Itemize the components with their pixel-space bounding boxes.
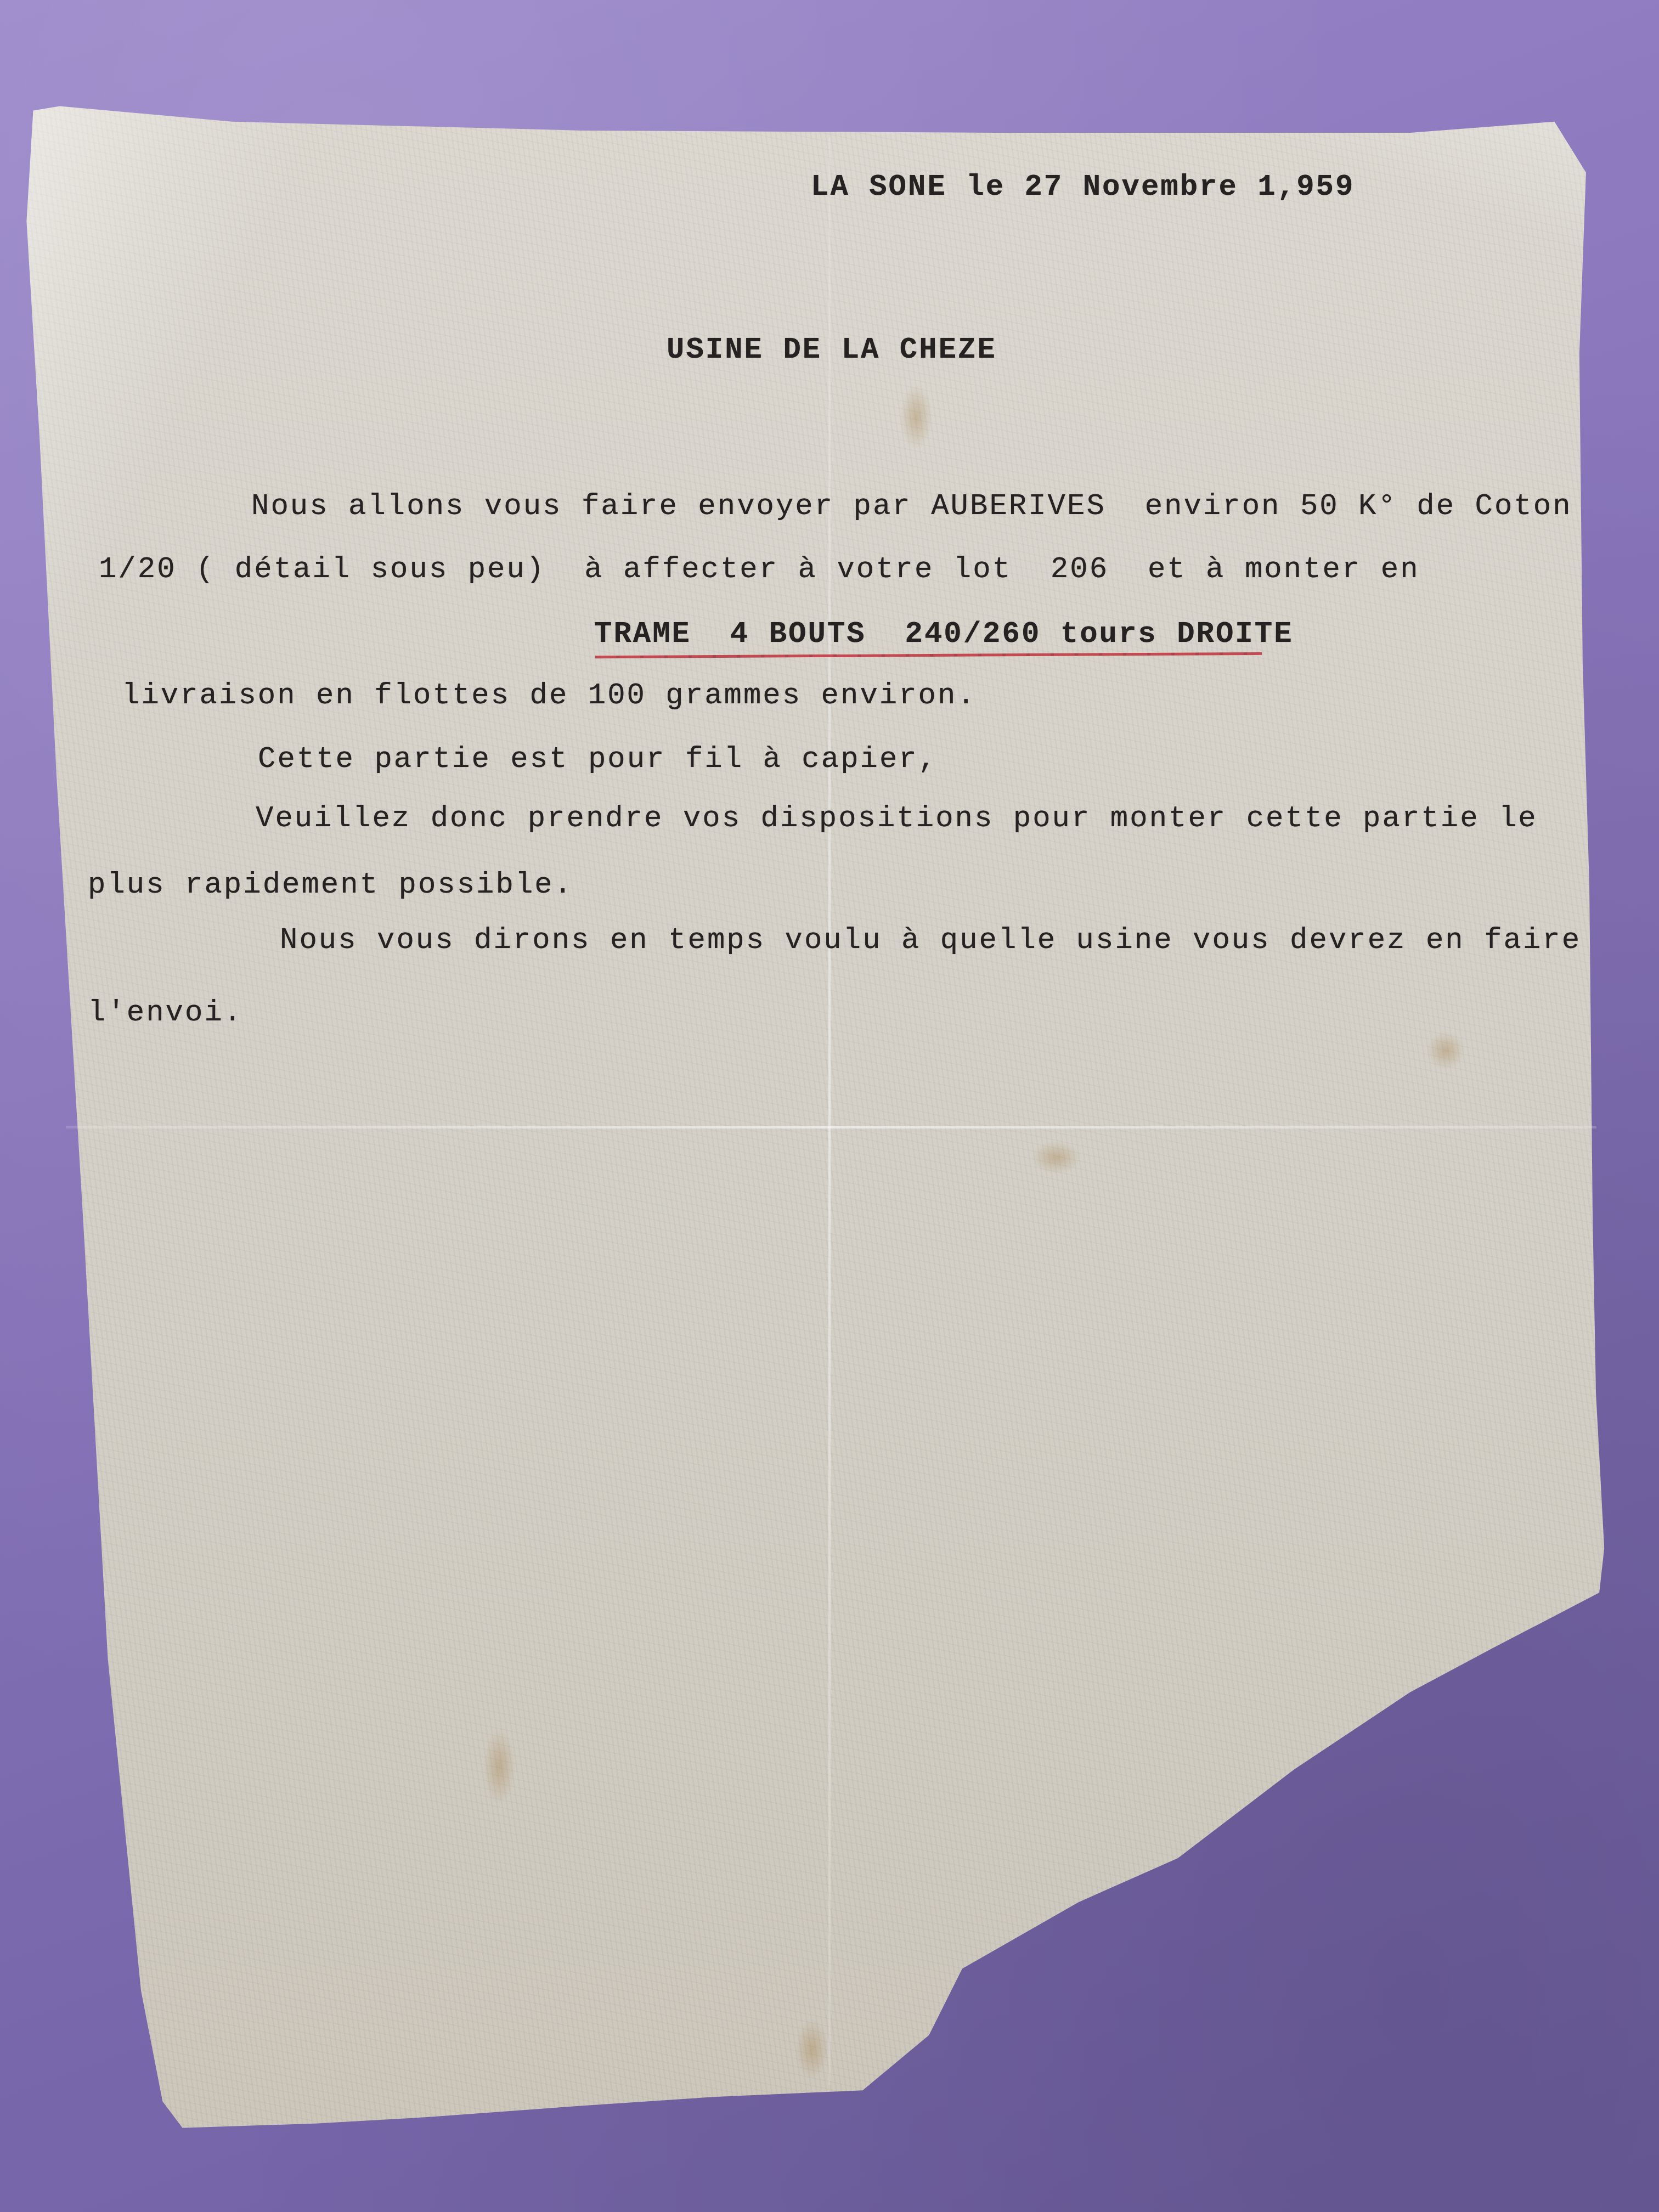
body-line-5: Cette partie est pour fil à capier, — [258, 745, 938, 775]
body-line-7: plus rapidement possible. — [88, 871, 573, 900]
body-line-1: Nous allons vous faire envoyer par AUBER… — [251, 492, 1572, 522]
body-line-2: 1/20 ( détail sous peu) à affecter à vot… — [99, 555, 1420, 585]
body-line-3-trame-spec: TRAME 4 BOUTS 240/260 tours DROITE — [594, 620, 1294, 650]
typewritten-letter-sheet — [0, 0, 1659, 2212]
letter-heading: USINE DE LA CHEZE — [667, 336, 997, 365]
body-line-6: Veuillez donc prendre vos dispositions p… — [256, 804, 1538, 834]
place-date-line: LA SONE le 27 Novembre 1,959 — [811, 173, 1355, 202]
body-line-8: Nous vous dirons en temps voulu à quelle… — [280, 926, 1581, 956]
body-line-4: livraison en flottes de 100 grammes envi… — [122, 681, 977, 711]
body-line-9: l'envoi. — [88, 998, 243, 1028]
